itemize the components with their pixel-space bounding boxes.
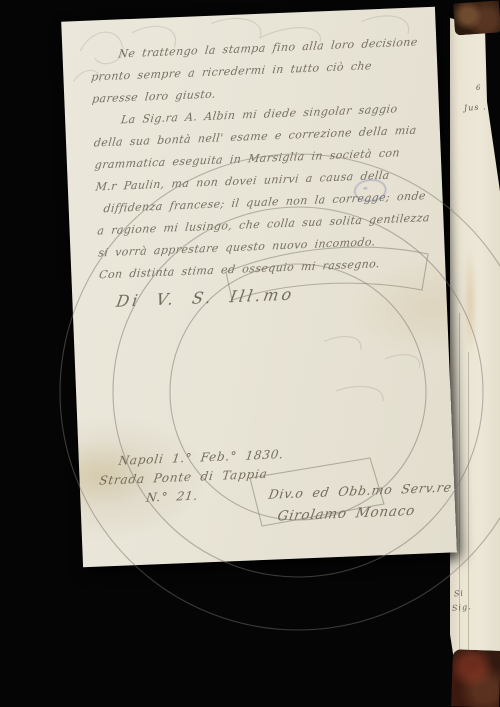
letter-page: Ne trattengo la stampa fino alla loro de… xyxy=(61,7,457,568)
letter-body: Ne trattengo la stampa fino alla loro de… xyxy=(88,31,437,286)
next-page-text-fragment: Si xyxy=(454,589,465,598)
paper-stain xyxy=(464,248,476,358)
book-page-edge-strip: 6 Jus . Si Sig. xyxy=(450,18,500,660)
next-page-text-fragment: Jus . xyxy=(464,103,487,113)
stamp-mark: ⌁ xyxy=(361,184,367,195)
dateline-block: Napoli 1.° Feb.° 1830. Strada Ponte di T… xyxy=(97,445,284,509)
next-page-text-fragment: Sig. xyxy=(452,603,472,613)
manuscript-photo: 6 Jus . Si Sig. Ne trattengo la stampa f… xyxy=(0,0,500,707)
book-binding-leather-corner-top xyxy=(453,0,500,35)
book-binding-leather-corner-bottom xyxy=(451,649,500,707)
signature-block: Div.o ed Obb.mo Serv.re Girolamo Monaco xyxy=(266,476,458,528)
page-edge-line xyxy=(468,352,469,699)
letter-closing: Di V. S. Ill.mo xyxy=(115,285,296,311)
next-page-text-fragment: 6 xyxy=(476,84,481,92)
